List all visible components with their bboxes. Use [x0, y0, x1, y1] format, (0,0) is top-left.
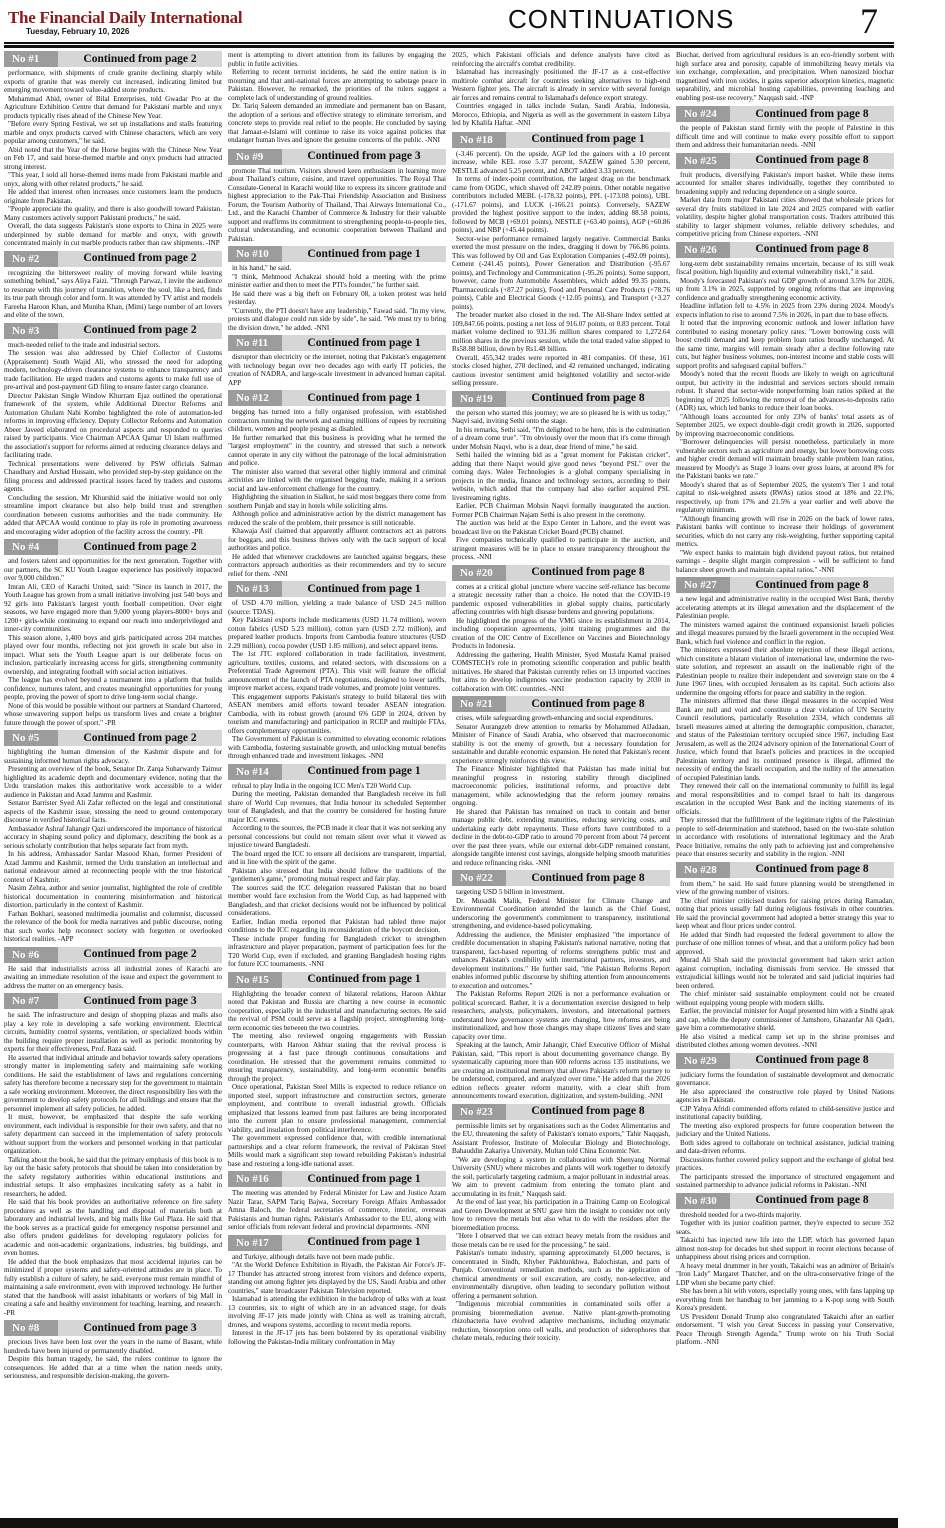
article-paragraph: This engagement supports Pakistan's stra… [228, 693, 446, 736]
article-paragraph: "Here I observed that we can extract hea… [452, 1232, 670, 1249]
article-paragraph: He said that his book provides an author… [4, 1198, 222, 1258]
continuation-header: No #13Continued from page 1 [228, 581, 446, 597]
story-number-label: No #30 [676, 1193, 730, 1209]
article-paragraph: They stressed that the fulfillment of th… [676, 816, 894, 859]
continuation-header: No #29Continued from page 8 [676, 1053, 894, 1069]
continuation-block: No #17Continued from page 1and Turkiye, … [228, 1235, 446, 1347]
lead-paragraph: 2025, which Pakistani officials and defe… [452, 51, 670, 68]
article-paragraph: Takaichi has injected new life into the … [676, 1236, 894, 1262]
article-paragraph: Pakistan also stressed that India should… [228, 867, 446, 884]
article-paragraph: Speaking at the launch, Amir Jahangir, C… [452, 1041, 670, 1101]
article-paragraph: The Finance Minister highlighted that Pa… [452, 765, 670, 808]
article-paragraph: Earlier, the provincial minister for Auq… [676, 1007, 894, 1033]
article-paragraph: Islamabad is attending the exhibition in… [228, 1295, 446, 1329]
article-paragraph: He shared that Pakistan has remained on … [452, 808, 670, 868]
article-paragraph: targeting USD 5 billion in investment. [452, 888, 670, 897]
continued-from-label: Continued from page 8 [506, 394, 670, 403]
continuation-header: No #25Continued from page 8 [676, 153, 894, 169]
story-number-label: No #2 [4, 251, 58, 267]
article-paragraph: Concluding the session, Mr Khurshid said… [4, 494, 222, 537]
article-paragraph: The chief minister said sustainable empl… [676, 990, 894, 1007]
story-number-label: No #7 [4, 993, 58, 1009]
article-paragraph: Addressing the gathering, Health Ministe… [452, 651, 670, 694]
continued-from-label: Continued from page 8 [730, 245, 894, 254]
article-paragraph: Together with its junior coalition partn… [676, 1219, 894, 1236]
continued-from-label: Continued from page 3 [58, 997, 222, 1006]
article-paragraph: "This year, I sold all horse-themed item… [4, 171, 222, 188]
article-paragraph: The league has evolved beyond a tourname… [4, 676, 222, 702]
continuation-block: No #1Continued from page 2performance, w… [4, 51, 222, 248]
article-paragraph: He added that whenever crackdowns are la… [228, 553, 446, 579]
article-paragraph: He highlighted the progress of the VMG s… [452, 617, 670, 651]
continued-from-label: Continued from page 1 [282, 1175, 446, 1184]
article-paragraph: judiciary forms the foundation of sustai… [676, 1071, 894, 1088]
lead-paragraph: Islamabad has increasingly positioned th… [452, 68, 670, 102]
story-number-label: No #17 [228, 1235, 282, 1251]
continuation-block: No #16Continued from page 1The meeting w… [228, 1171, 446, 1232]
article-paragraph: In his remarks, Sethi said, "I'm delight… [452, 426, 670, 452]
continuation-header: No #3Continued from page 2 [4, 323, 222, 339]
story-number-label: No #5 [4, 730, 58, 746]
article-paragraph: (-3.46 percent). On the upside, AGP led … [452, 150, 670, 176]
article-paragraph: The chief minister criticised traders fo… [676, 897, 894, 931]
article-paragraph: Technical presentations were delivered b… [4, 460, 222, 494]
continuation-header: No #1Continued from page 2 [4, 51, 222, 67]
article-paragraph: Highlighting the broader context of bila… [228, 990, 446, 1033]
continuation-header: No #30Continued from page 8 [676, 1193, 894, 1209]
continuation-block: No #9Continued from page 3promote Thai t… [228, 149, 446, 244]
article-paragraph: He added that the book emphasizes that m… [4, 1258, 222, 1318]
continued-from-label: Continued from page 2 [58, 734, 222, 743]
article-paragraph: The meeting was attended by Federal Mini… [228, 1189, 446, 1232]
article-paragraph: In terms of index-point contribution, th… [452, 175, 670, 235]
continuation-block: No #6Continued from page 2He said that i… [4, 947, 222, 991]
article-paragraph: he said. The infrastructure and design o… [4, 1011, 222, 1054]
continued-from-label: Continued from page 8 [506, 700, 670, 709]
article-paragraph: Moody's noted that the recent floods are… [676, 370, 894, 413]
continuation-header: No #4Continued from page 2 [4, 539, 222, 555]
section-title: CONTINUATIONS [508, 4, 734, 35]
continued-from-label: Continued from page 8 [730, 581, 894, 590]
article-paragraph: Addressing the audience, the Minister em… [452, 931, 670, 991]
column-1: No #1Continued from page 2performance, w… [4, 51, 222, 1516]
continuation-header: No #16Continued from page 1 [228, 1171, 446, 1187]
continued-from-label: Continued from page 1 [282, 250, 446, 259]
continuation-block: No #27Continued from page 8a new legal a… [676, 577, 894, 859]
continuation-header: No #14Continued from page 1 [228, 764, 446, 780]
article-paragraph: He also visited a medical camp set up in… [676, 1033, 894, 1050]
continued-from-label: Continued from page 8 [730, 1196, 894, 1205]
article-paragraph: Imran Ali, CEO of Karachi United, said: … [4, 583, 222, 634]
article-paragraph: It must, however, be emphasized that des… [4, 1113, 222, 1156]
continuation-block: No #11Continued from page 1disruptor tha… [228, 335, 446, 387]
lead-paragraph: Countries engaged in talks include Sudan… [452, 102, 670, 128]
continued-from-label: Continued from page 1 [282, 585, 446, 594]
article-paragraph: Once operational, Pakistan Steel Mills i… [228, 1083, 446, 1134]
continued-from-label: Continued from page 8 [506, 874, 670, 883]
continuation-block: No #7Continued from page 3he said. The i… [4, 993, 222, 1317]
article-paragraph: Highlighting the situation in Sialkot, h… [228, 493, 446, 510]
article-paragraph: Despite this human tragedy, he said, the… [4, 1355, 222, 1381]
article-paragraph: Nasim Zehra, author and senior journalis… [4, 884, 222, 910]
article-paragraph: Although police and administrative actio… [228, 510, 446, 527]
continuation-header: No #5Continued from page 2 [4, 730, 222, 746]
continuation-block: No #23Continued from page 8permissible l… [452, 1104, 670, 1343]
continuation-block: No #5Continued from page 2highlighting t… [4, 730, 222, 944]
lead-paragraph: Dr. Tariq Saleem demanded an immediate a… [228, 102, 446, 145]
continued-from-label: Continued from page 1 [282, 1238, 446, 1247]
article-paragraph: Overall, the data suggests Pakistan's st… [4, 222, 222, 248]
story-number-label: No #12 [228, 390, 282, 406]
continued-from-label: Continued from page 8 [730, 110, 894, 119]
continued-from-label: Continued from page 8 [730, 156, 894, 165]
continued-from-label: Continued from page 2 [58, 543, 222, 552]
article-paragraph: Interest in the JF-17 jets has been bols… [228, 1329, 446, 1346]
continued-from-label: Continued from page 8 [506, 1107, 670, 1116]
article-paragraph: Both sides agreed to collaborate on tech… [676, 1139, 894, 1156]
article-paragraph: Murad Ali Shah said the provincial gover… [676, 956, 894, 990]
continued-from-label: Continued from page 3 [58, 1324, 222, 1333]
masthead-rule-thick [4, 45, 894, 48]
continuation-block: No #20Continued from page 8comes at a cr… [452, 565, 670, 694]
article-paragraph: Moody's forecasted Pakistan's real GDP g… [676, 277, 894, 303]
continued-from-label: Continued from page 1 [282, 767, 446, 776]
article-paragraph: promote Thai tourism. Visitors showed ke… [228, 167, 446, 244]
article-paragraph: threshold needed for a two-thirds majori… [676, 1211, 894, 1220]
story-number-label: No #4 [4, 539, 58, 555]
story-number-label: No #16 [228, 1171, 282, 1187]
continued-from-label: Continued from page 2 [58, 254, 222, 263]
story-number-label: No #24 [676, 106, 730, 122]
story-number-label: No #28 [676, 862, 730, 878]
article-paragraph: The 1st JTC explored collaboration in tr… [228, 650, 446, 693]
continuation-header: No #2Continued from page 2 [4, 251, 222, 267]
article-paragraph: In his address, Ambassador Sardar Masood… [4, 850, 222, 884]
article-paragraph: The participants stressed the importance… [676, 1173, 894, 1190]
continuation-block: No #25Continued from page 8fruit product… [676, 153, 894, 239]
story-number-label: No #1 [4, 51, 58, 67]
continuation-block: No #18Continued from page 1(-3.46 percen… [452, 132, 670, 388]
story-number-label: No #29 [676, 1053, 730, 1069]
continuation-header: No #9Continued from page 3 [228, 149, 446, 165]
article-paragraph: Sethi hailed the winning bid as a "great… [452, 451, 670, 502]
article-paragraph: a new legal and administrative reality i… [676, 595, 894, 621]
article-paragraph: precious lives have been lost over the y… [4, 1338, 222, 1355]
bottom-rule [0, 1518, 898, 1528]
continuation-block: No #29Continued from page 8judiciary for… [676, 1053, 894, 1190]
story-number-label: No #15 [228, 972, 282, 988]
article-paragraph: Senator Aurangzeb drew attention to rema… [452, 723, 670, 766]
article-paragraph: He asserted that individual attitude and… [4, 1054, 222, 1114]
article-paragraph: Senator Barrister Syed Ali Zafar reflect… [4, 799, 222, 825]
article-paragraph: Muhammad Abid, owner of Bilal Enterprise… [4, 95, 222, 121]
story-number-label: No #25 [676, 153, 730, 169]
continuation-header: No #15Continued from page 1 [228, 972, 446, 988]
continuation-block: No #15Continued from page 1Highlighting … [228, 972, 446, 1169]
continuation-header: No #17Continued from page 1 [228, 1235, 446, 1251]
article-paragraph: The broader market also closed in the re… [452, 311, 670, 354]
lead-paragraph: Referring to recent terrorist incidents,… [228, 68, 446, 102]
page-number: 7 [860, 0, 878, 42]
article-paragraph: "I think, Mehmood Achakzai should hold a… [228, 273, 446, 290]
article-paragraph: Key Pakistani exports include medicament… [228, 616, 446, 650]
continuation-header: No #19Continued from page 8 [452, 391, 670, 407]
article-paragraph: disruptor than electricity or the intern… [228, 353, 446, 387]
article-paragraph: Sector-wise performance remained largely… [452, 235, 670, 312]
continuation-block: No #4Continued from page 2and fosters ta… [4, 539, 222, 727]
continuation-block: No #14Continued from page 1refusal to pl… [228, 764, 446, 969]
article-paragraph: refusal to play India in the ongoing ICC… [228, 782, 446, 791]
article-paragraph: "We expect banks to maintain high divide… [676, 549, 894, 575]
article-paragraph: Market data from major Pakistani cities … [676, 196, 894, 239]
article-paragraph: The meeting also explored prospects for … [676, 1122, 894, 1139]
article-paragraph: Abid noted that the Year of the Horse be… [4, 146, 222, 172]
continued-from-label: Continued from page 3 [282, 152, 446, 161]
article-paragraph: US President Donald Trump also congratul… [676, 1313, 894, 1347]
article-paragraph: The minister also warned that several ot… [228, 468, 446, 494]
article-columns: No #1Continued from page 2performance, w… [4, 51, 895, 1516]
story-number-label: No #9 [228, 149, 282, 165]
article-paragraph: crises, while safeguarding growth-enhanc… [452, 714, 670, 723]
article-paragraph: The ministers warned against the continu… [676, 621, 894, 647]
article-paragraph: He added that interest often increases o… [4, 188, 222, 205]
article-paragraph: At the end of last year, his participati… [452, 1198, 670, 1232]
article-paragraph: the person who started this journey; we … [452, 409, 670, 426]
article-paragraph: and Turkiye, although details have not b… [228, 1253, 446, 1262]
continuation-block: No #26Continued from page 8long-term deb… [676, 242, 894, 575]
article-paragraph: They renewed their call on the internati… [676, 782, 894, 816]
continuation-block: No #19Continued from page 8the person wh… [452, 391, 670, 562]
article-paragraph: The Government of Pakistan is committed … [228, 735, 446, 761]
continuation-header: No #21Continued from page 8 [452, 696, 670, 712]
article-paragraph: "Borrower delinquencies will persist non… [676, 438, 894, 481]
article-paragraph: The board urged the ICC to ensure all de… [228, 850, 446, 867]
continuation-block: No #22Continued from page 8targeting USD… [452, 870, 670, 1101]
article-paragraph: Earlier, PCB Chairman Mohsin Naqvi forma… [452, 502, 670, 519]
masthead-rule-thin [4, 42, 894, 44]
continuation-block: No #13Continued from page 1of USD 4.70 m… [228, 581, 446, 761]
continuation-header: No #28Continued from page 8 [676, 862, 894, 878]
continuation-header: No #24Continued from page 8 [676, 106, 894, 122]
continuation-header: No #27Continued from page 8 [676, 577, 894, 593]
article-paragraph: Earlier, Indian media reported that Paki… [228, 918, 446, 935]
continuation-block: No #12Continued from page 1begging has t… [228, 390, 446, 578]
article-paragraph: the people of Pakistan stand firmly with… [676, 124, 894, 150]
column-4: Biochar, derived from agricultural resid… [676, 51, 894, 1516]
continuation-header: No #10Continued from page 1 [228, 246, 446, 262]
masthead: The Financial Daily International Tuesda… [0, 0, 945, 44]
article-paragraph: This season alone, 1,400 boys and girls … [4, 634, 222, 677]
article-paragraph: "Although financing growth will rise in … [676, 515, 894, 549]
article-paragraph: The session was also addressed by Chief … [4, 349, 222, 392]
article-paragraph: None of this would be possible without o… [4, 702, 222, 728]
article-paragraph: "Currently, the PTI doesn't have any lea… [228, 307, 446, 333]
story-number-label: No #27 [676, 577, 730, 593]
continuation-header: No #8Continued from page 3 [4, 1320, 222, 1336]
continuation-header: No #11Continued from page 1 [228, 335, 446, 351]
story-number-label: No #11 [228, 335, 282, 351]
article-paragraph: He also appreciated the constructive rol… [676, 1088, 894, 1105]
article-paragraph: "Indigenous microbial communities in con… [452, 1300, 670, 1343]
article-paragraph: recognizing the bittersweet reality of m… [4, 269, 222, 320]
continuation-header: No #23Continued from page 8 [452, 1104, 670, 1120]
column-3: 2025, which Pakistani officials and defe… [452, 51, 670, 1516]
article-paragraph: He further remarked that this business i… [228, 434, 446, 468]
article-paragraph: The auction was held at the Expo Center … [452, 519, 670, 536]
article-paragraph: The meeting also reviewed ongoing engage… [228, 1032, 446, 1083]
article-paragraph: A heavy metal drummer in her youth, Taka… [676, 1262, 894, 1288]
story-number-label: No #26 [676, 242, 730, 258]
story-number-label: No #19 [452, 391, 506, 407]
article-paragraph: According to the sources, the PCB made i… [228, 824, 446, 850]
publication-date: Tuesday, February 10, 2026 [26, 27, 129, 36]
article-paragraph: During the meeting, Pakistan demanded th… [228, 790, 446, 824]
article-paragraph: He added that Sindh had requested the fe… [676, 931, 894, 957]
continuation-header: No #12Continued from page 1 [228, 390, 446, 406]
article-paragraph: Farhan Bokhari, seasoned multimedia jour… [4, 910, 222, 944]
article-paragraph: long-term debt sustainability remains un… [676, 260, 894, 277]
story-number-label: No #3 [4, 323, 58, 339]
story-number-label: No #8 [4, 1320, 58, 1336]
continued-from-label: Continued from page 1 [282, 975, 446, 984]
continuation-header: No #7Continued from page 3 [4, 993, 222, 1009]
continuation-header: No #26Continued from page 8 [676, 242, 894, 258]
article-paragraph: Ambassador Ashraf Jahangir Qazi undersco… [4, 825, 222, 851]
article-paragraph: He said there was a big theft on Februar… [228, 290, 446, 307]
article-paragraph: Presenting an overview of the book, Sena… [4, 765, 222, 799]
article-paragraph: much-needed relief to the trade and indu… [4, 341, 222, 350]
continuation-header: No #22Continued from page 8 [452, 870, 670, 886]
story-number-label: No #20 [452, 565, 506, 581]
continuation-block: No #2Continued from page 2recognizing th… [4, 251, 222, 320]
article-paragraph: Pakistan's tomato industry, spanning app… [452, 1249, 670, 1300]
article-paragraph: comes at a critical global juncture wher… [452, 583, 670, 617]
article-paragraph: Director Pakistan Single Window Khurram … [4, 392, 222, 460]
article-paragraph: These include proper funding for Banglad… [228, 935, 446, 969]
continued-from-label: Continued from page 8 [730, 1056, 894, 1065]
article-paragraph: It noted that the improving economic out… [676, 319, 894, 370]
lead-paragraph: ment is attempting to divert attention f… [228, 51, 446, 68]
article-paragraph: The government expressed confidence that… [228, 1134, 446, 1168]
story-number-label: No #22 [452, 870, 506, 886]
article-paragraph: The sources said the ICC delegation reas… [228, 884, 446, 918]
story-number-label: No #21 [452, 696, 506, 712]
article-paragraph: fruit products, diversifying Pakistan's … [676, 171, 894, 197]
article-paragraph: permissible limits set by organisations … [452, 1122, 670, 1156]
continuation-header: No #20Continued from page 8 [452, 565, 670, 581]
newspaper-name: The Financial Daily International [8, 8, 242, 28]
continued-from-label: Continued from page 2 [58, 950, 222, 959]
article-paragraph: performance, with shipments of crude gra… [4, 69, 222, 95]
continued-from-label: Continued from page 2 [58, 326, 222, 335]
column-2: ment is attempting to divert attention f… [228, 51, 446, 1516]
article-paragraph: Talking about the book, he said that the… [4, 1156, 222, 1199]
article-paragraph: The ministers affirmed that these illega… [676, 697, 894, 782]
continuation-header: No #18Continued from page 1 [452, 132, 670, 148]
story-number-label: No #10 [228, 246, 282, 262]
continued-from-label: Continued from page 8 [506, 568, 670, 577]
continued-from-label: Continued from page 8 [730, 865, 894, 874]
lead-paragraph: Biochar, derived from agricultural resid… [676, 51, 894, 102]
article-paragraph: begging has turned into a fully organise… [228, 408, 446, 434]
article-paragraph: The ministers expressed their absolute r… [676, 646, 894, 697]
continuation-block: No #8Continued from page 3precious lives… [4, 1320, 222, 1381]
story-number-label: No #14 [228, 764, 282, 780]
article-paragraph: "We are developing a system in collabora… [452, 1156, 670, 1199]
continued-from-label: Continued from page 1 [282, 394, 446, 403]
continued-from-label: Continued from page 2 [58, 55, 222, 64]
continuation-block: No #3Continued from page 2much-needed re… [4, 323, 222, 537]
article-paragraph: Headline inflation fell to 4.5% in 2025 … [676, 302, 894, 319]
story-number-label: No #18 [452, 132, 506, 148]
article-paragraph: She has been a hit with voters, especial… [676, 1287, 894, 1313]
continued-from-label: Continued from page 1 [282, 339, 446, 348]
continuation-block: No #30Continued from page 8threshold nee… [676, 1193, 894, 1347]
article-paragraph: "People appreciate the quality, and ther… [4, 205, 222, 222]
article-paragraph: Moody's shared that as of September 2025… [676, 481, 894, 515]
article-paragraph: in his hand," he said. [228, 264, 446, 273]
article-paragraph: CJP Yahya Afridi commended efforts relat… [676, 1105, 894, 1122]
article-paragraph: Discussions further covered policy suppo… [676, 1156, 894, 1173]
story-number-label: No #6 [4, 947, 58, 963]
article-paragraph: Five companies technically qualified to … [452, 536, 670, 562]
continued-from-label: Continued from page 1 [506, 135, 670, 144]
article-paragraph: Khawaja Asif claimed that apparently aff… [228, 527, 446, 553]
article-paragraph: "Although loans accounted for only 23% o… [676, 413, 894, 439]
article-paragraph: Dr. Musadik Malik, Federal Minister for … [452, 897, 670, 931]
article-paragraph: from them," he said. He said future plan… [676, 880, 894, 897]
article-paragraph: Overall, 455,342 trades were reported in… [452, 354, 670, 388]
article-paragraph: "Before every Spring Festival, we set up… [4, 120, 222, 146]
article-paragraph: "At the World Defence Exhibition in Riya… [228, 1261, 446, 1295]
story-number-label: No #23 [452, 1104, 506, 1120]
continuation-block: No #28Continued from page 8from them," h… [676, 862, 894, 1050]
story-number-label: No #13 [228, 581, 282, 597]
article-paragraph: of USD 4.70 million, yielding a trade ba… [228, 599, 446, 616]
article-paragraph: The Pakistan Reforms Report 2026 is not … [452, 990, 670, 1041]
continuation-header: No #6Continued from page 2 [4, 947, 222, 963]
continuation-block: No #24Continued from page 8the people of… [676, 106, 894, 150]
article-paragraph: He said that industrialists across all i… [4, 965, 222, 991]
continuation-block: No #10Continued from page 1in his hand,"… [228, 246, 446, 332]
article-paragraph: and fosters talent and opportunities for… [4, 557, 222, 583]
article-paragraph: highlighting the human dimension of the … [4, 748, 222, 765]
continuation-block: No #21Continued from page 8crises, while… [452, 696, 670, 867]
